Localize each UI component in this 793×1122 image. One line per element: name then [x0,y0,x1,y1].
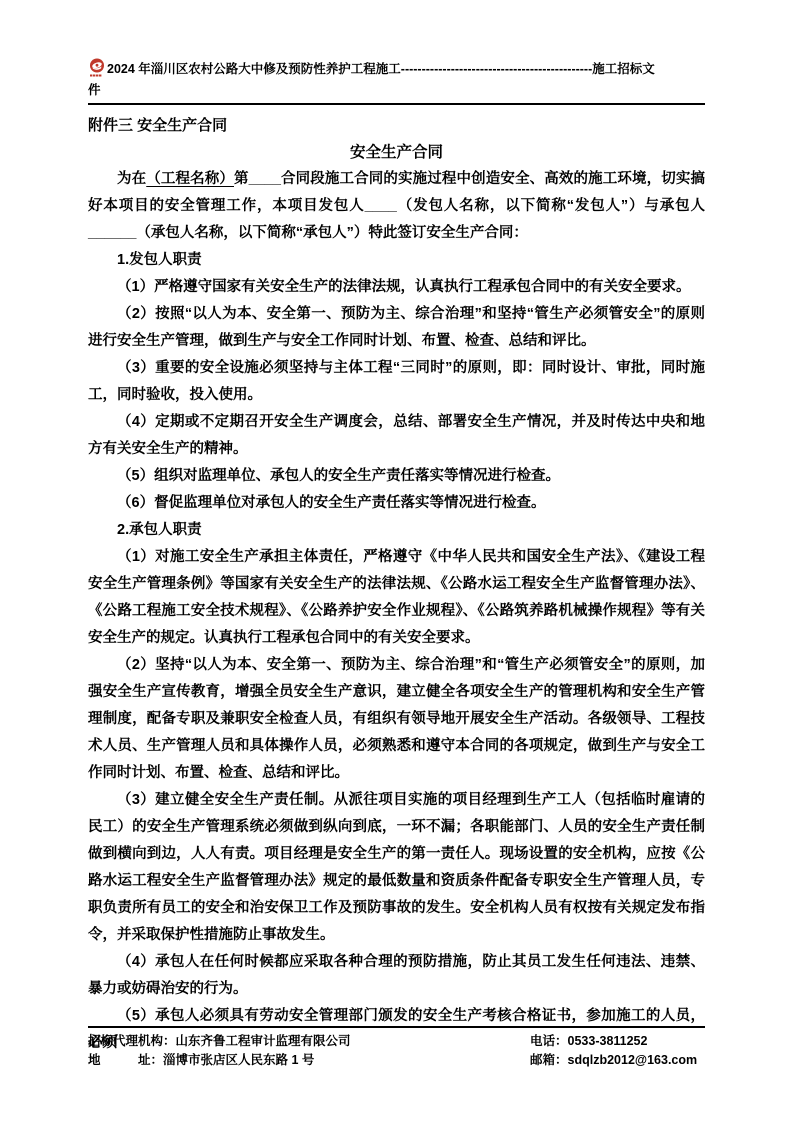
intro-text: 为在 [117,171,146,187]
clause-paragraph: （5）组织对监理单位、承包人的安全生产责任落实等情况进行检查。 [88,463,705,490]
contractor-name-blank: ______ [88,225,136,241]
agency-row: 招标代理机构：山东齐鲁工程审计监理有限公司 [88,1032,530,1051]
address-row: 地 址：淄博市张店区人民东路 1 号 [88,1051,530,1070]
clause-paragraph: （3）重要的安全设施必须坚持与主体工程“三同时”的原则，即：同时设计、审批，同时… [88,355,705,409]
clause-paragraph: （2）坚持“以人为本、安全第一、预防为主、综合治理”和“管生产必须管安全”的原则… [88,652,705,787]
attachment-heading: 附件三 安全生产合同 [88,112,705,139]
phone-label: 电话： [530,1034,568,1048]
agency-value: 山东齐鲁工程审计监理有限公司 [176,1034,351,1048]
footer-left-column: 招标代理机构：山东齐鲁工程审计监理有限公司 地 址：淄博市张店区人民东路 1 号 [88,1032,530,1070]
phone-value: 0533-3811252 [568,1034,648,1048]
clause-paragraph: （3）建立健全安全生产责任制。从派往项目实施的项目经理到生产工人（包括临时雇请的… [88,787,705,949]
clause-paragraph: （4）定期或不定期召开安全生产调度会，总结、部署安全生产情况，并及时传达中央和地… [88,409,705,463]
document-title: 安全生产合同 [88,139,705,166]
document-body: 附件三 安全生产合同 安全生产合同 为在（工程名称）第____合同段施工合同的实… [88,112,705,1057]
contract-section-blank: ____ [249,171,281,187]
clause-paragraph: （6）督促监理单位对承包人的安全生产责任落实等情况进行检查。 [88,490,705,517]
section-heading: 2.承包人职责 [88,517,705,544]
document-page: 2024 年淄川区农村公路大中修及预防性养护工程施工--------------… [0,0,793,1122]
intro-text: （发包人名称，以下简称“发包人”）与承包人 [397,198,705,214]
intro-text: 第 [234,171,249,187]
email-label: 邮箱： [530,1053,568,1067]
email-value: sdqlzb2012@163.com [568,1053,698,1067]
employer-name-blank: ____ [365,198,397,214]
clause-paragraph: （4）承包人在任何时候都应采取各种合理的预防措施，防止其员工发生任何违法、违禁、… [88,949,705,1003]
clause-paragraph: （1）对施工安全生产承担主体责任，严格遵守《中华人民共和国安全生产法》、《建设工… [88,544,705,652]
header-title-line1: 2024 年淄川区农村公路大中修及预防性养护工程施工--------------… [107,62,655,76]
address-label: 地 址： [88,1053,163,1067]
page-footer: 招标代理机构：山东齐鲁工程审计监理有限公司 地 址：淄博市张店区人民东路 1 号… [88,1026,705,1070]
project-name-blank: （工程名称） [146,171,234,187]
section-heading: 1.发包人职责 [88,247,705,274]
email-row: 邮箱：sdqlzb2012@163.com [530,1051,705,1070]
footer-right-column: 电话：0533-3811252 邮箱：sdqlzb2012@163.com [530,1032,705,1070]
clause-paragraph: （2）按照“以人为本、安全第一、预防为主、综合治理”和坚持“管生产必须管安全”的… [88,301,705,355]
sections: 1.发包人职责（1）严格遵守国家有关安全生产的法律法规，认真执行工程承包合同中的… [88,247,705,1057]
clause-paragraph: （1）严格遵守国家有关安全生产的法律法规，认真执行工程承包合同中的有关安全要求。 [88,274,705,301]
address-value: 淄博市张店区人民东路 1 号 [163,1053,314,1067]
intro-paragraph: 为在（工程名称）第____合同段施工合同的实施过程中创造安全、高效的施工环境，切… [88,166,705,247]
agency-label: 招标代理机构： [88,1034,176,1048]
intro-text: （承包人名称，以下简称“承包人”）特此签订安全生产合同： [136,225,528,241]
company-logo-icon [88,58,106,78]
header-title-line2: 件 [88,80,705,101]
phone-row: 电话：0533-3811252 [530,1032,705,1051]
page-header: 2024 年淄川区农村公路大中修及预防性养护工程施工--------------… [88,58,705,105]
